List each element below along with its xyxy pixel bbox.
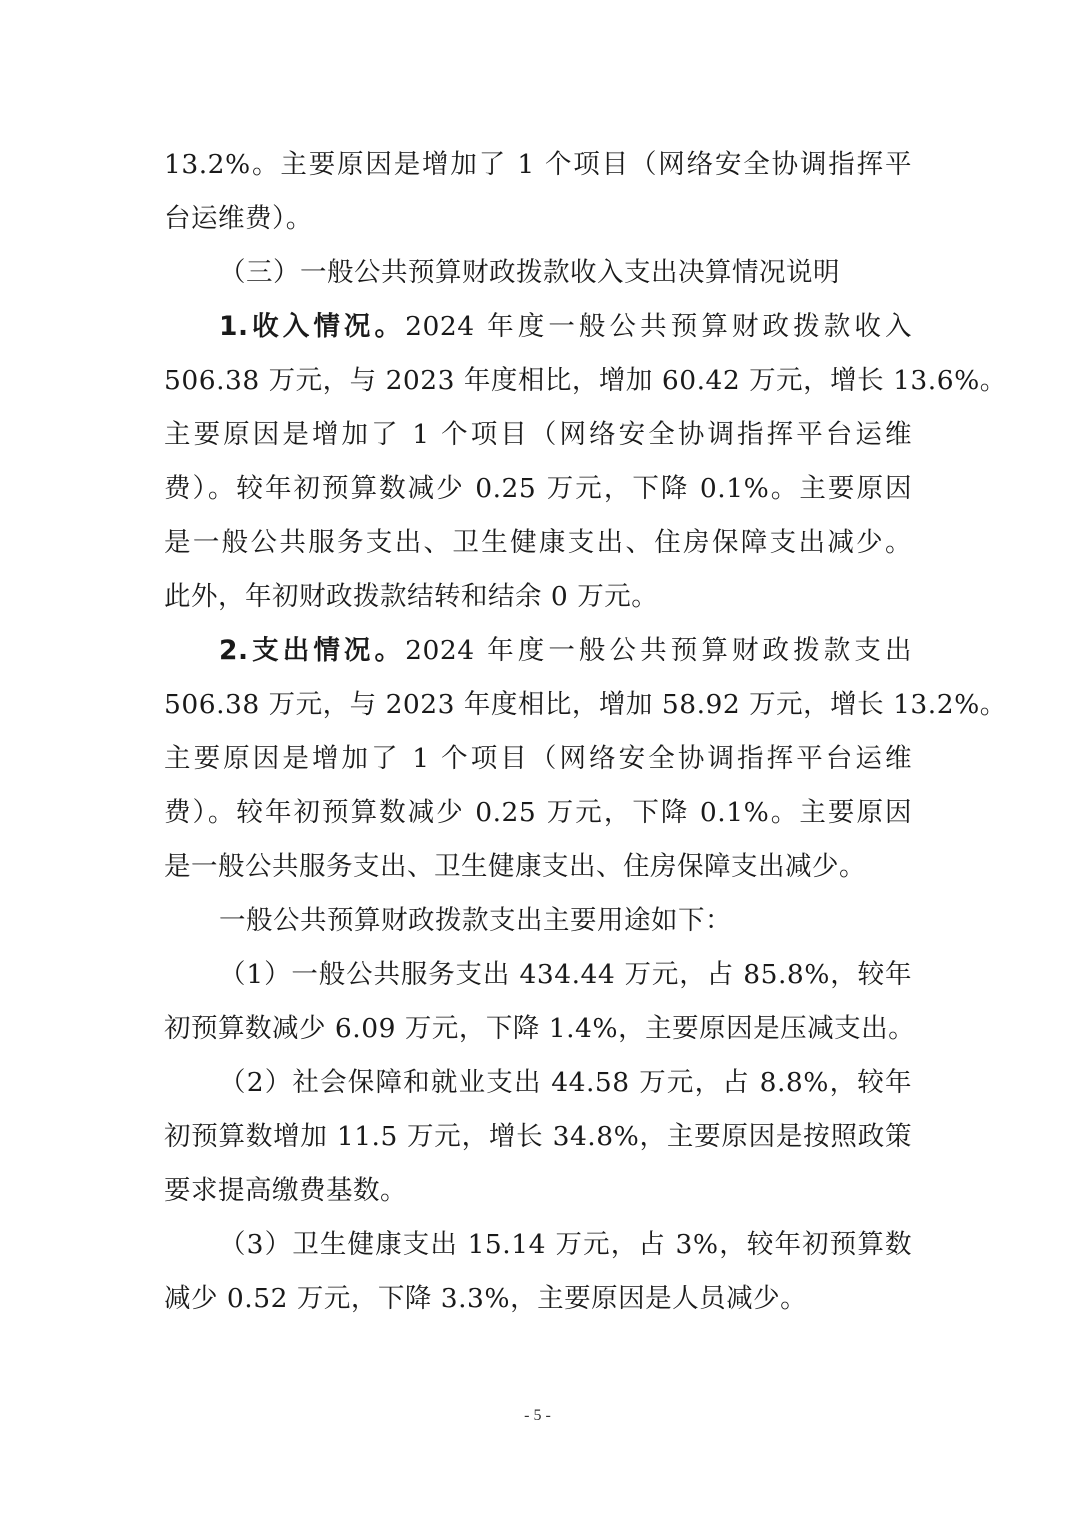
body-line: 费）。较年初预算数减少 0.25 万元，下降 0.1%。主要原因	[164, 462, 912, 516]
income-paragraph-first-line: 1.收入情况。2024 年度一般公共预算财政拨款收入	[164, 300, 912, 354]
expenditure-paragraph-first-line: 2.支出情况。2024 年度一般公共预算财政拨款支出	[164, 624, 912, 678]
page-number: - 5 -	[0, 1407, 1075, 1425]
item-1-line: （1）一般公共服务支出 434.44 万元，占 85.8%，较年	[164, 948, 912, 1002]
body-line: 506.38 万元，与 2023 年度相比，增加 60.42 万元，增长 13.…	[164, 354, 912, 408]
uses-intro: 一般公共预算财政拨款支出主要用途如下：	[164, 894, 912, 948]
item-1-line: 初预算数减少 6.09 万元，下降 1.4%，主要原因是压减支出。	[164, 1002, 912, 1056]
body-line: 此外，年初财政拨款结转和结余 0 万元。	[164, 570, 912, 624]
expenditure-label: 2.支出情况。	[219, 635, 405, 666]
item-2-line: （2）社会保障和就业支出 44.58 万元，占 8.8%，较年	[164, 1056, 912, 1110]
income-label: 1.收入情况。	[219, 311, 405, 342]
body-line: 506.38 万元，与 2023 年度相比，增加 58.92 万元，增长 13.…	[164, 678, 912, 732]
body-line: 13.2%。主要原因是增加了 1 个项目（网络安全协调指挥平	[164, 138, 912, 192]
body-line: 主要原因是增加了 1 个项目（网络安全协调指挥平台运维	[164, 732, 912, 786]
item-3-line: （3）卫生健康支出 15.14 万元，占 3%，较年初预算数	[164, 1218, 912, 1272]
document-page: 13.2%。主要原因是增加了 1 个项目（网络安全协调指挥平 台运维费）。 （三…	[164, 138, 912, 1326]
body-text: 2024 年度一般公共预算财政拨款收入	[405, 311, 912, 342]
section-heading: （三）一般公共预算财政拨款收入支出决算情况说明	[164, 246, 912, 300]
item-2-line: 要求提高缴费基数。	[164, 1164, 912, 1218]
item-3-line: 减少 0.52 万元，下降 3.3%，主要原因是人员减少。	[164, 1272, 912, 1326]
body-text: 2024 年度一般公共预算财政拨款支出	[405, 635, 912, 666]
body-line: 台运维费）。	[164, 192, 912, 246]
body-line: 是一般公共服务支出、卫生健康支出、住房保障支出减少。	[164, 840, 912, 894]
item-2-line: 初预算数增加 11.5 万元，增长 34.8%，主要原因是按照政策	[164, 1110, 912, 1164]
body-line: 是一般公共服务支出、卫生健康支出、住房保障支出减少。	[164, 516, 912, 570]
body-line: 费）。较年初预算数减少 0.25 万元，下降 0.1%。主要原因	[164, 786, 912, 840]
body-line: 主要原因是增加了 1 个项目（网络安全协调指挥平台运维	[164, 408, 912, 462]
